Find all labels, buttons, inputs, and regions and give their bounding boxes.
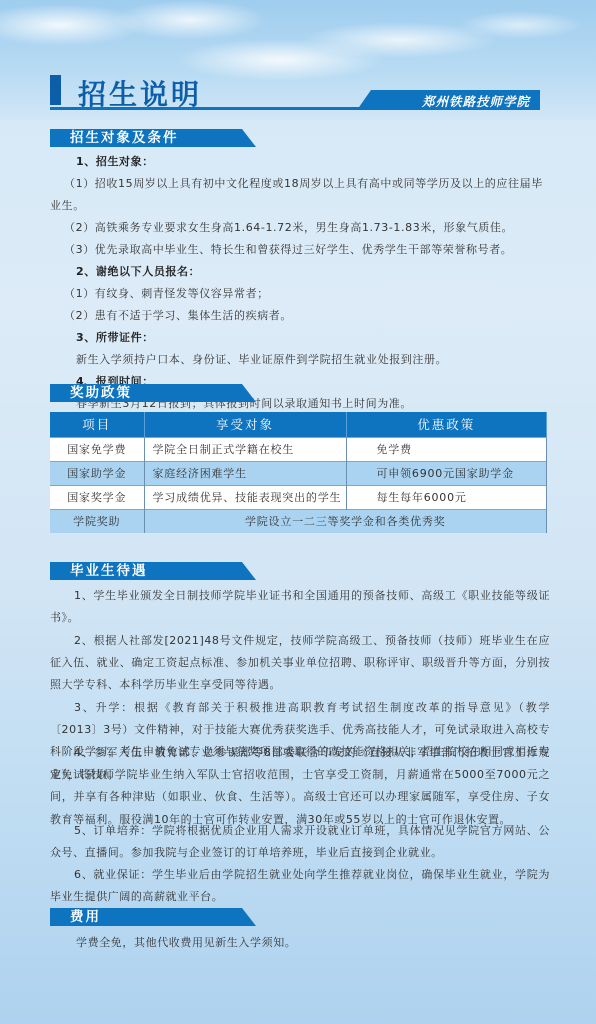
cell-policy: 免学费 [346,437,547,461]
item-line: 业生。 [50,195,85,217]
section-title: 招生对象及条件 [70,129,179,147]
cell-item: 学院奖助 [50,509,144,533]
cell-recipient: 家庭经济困难学生 [144,461,346,485]
admission-brochure-page: 招生说明 郑州铁路技师学院 招生对象及条件 1、招生对象： （1）招收15周岁以… [0,0,596,1024]
cell-recipient-policy: 学院设立一二三等奖学金和各类优秀奖 [144,509,547,533]
item-title: 3、所带证件： [76,327,154,349]
table-header-row: 项目 享受对象 优惠政策 [50,412,547,437]
section-title: 奖助政策 [70,384,132,402]
item-line: 新生入学须持户口本、身份证、毕业证原件到学院招生就业处报到注册。 [76,349,447,371]
cell-policy: 每生每年6000元 [346,485,547,509]
graduate-paragraph: 1、学生毕业颁发全日制技师学院毕业证书和全国通用的预备技师、高级工《职业技能等级… [50,585,550,629]
title-accent-bar [50,75,61,105]
item-line: （1）有纹身、刺青怪发等仪容异常者； [64,283,269,305]
graduate-paragraph: 2、根据人社部发[2021]48号文件规定，技师学院高级工、预备技师（技师）班毕… [50,630,550,697]
graduate-paragraph: 5、订单培养：学院将根据优质企业用人需求开设就业订单班，具体情况见学院官方网站、… [50,820,550,864]
college-name: 郑州铁路技师学院 [422,92,530,110]
college-name-tag: 郑州铁路技师学院 [357,90,540,110]
graduate-paragraph: 4、参军入伍：教育部、总参谋部等8部委联合印发的《直接从非军事部门招收士官工作规… [50,742,550,831]
cell-recipient: 学院全日制正式学籍在校生 [144,437,346,461]
section-title: 费用 [70,908,101,926]
item-line: （2）患有不适于学习、集体生活的疾病者。 [64,305,292,327]
section-header-graduate: 毕业生待遇 [50,562,256,580]
column-header-recipient: 享受对象 [144,412,346,437]
fees-text: 学费全免，其他代收费用见新生入学须知。 [76,932,296,954]
cell-item: 国家助学金 [50,461,144,485]
scholarship-table: 项目 享受对象 优惠政策 国家免学费 学院全日制正式学籍在校生 免学费 国家助学… [50,412,547,533]
section-header-fees: 费用 [50,908,256,926]
item-title: 1、招生对象： [76,151,154,173]
item-line: （3）优先录取高中毕业生、特长生和曾获得过三好学生、优秀学生干部等荣誉称号者。 [64,239,512,261]
table-row: 学院奖助 学院设立一二三等奖学金和各类优秀奖 [50,509,547,533]
section-header-admission: 招生对象及条件 [50,129,256,147]
section-title: 毕业生待遇 [70,562,148,580]
table-row: 国家助学金 家庭经济困难学生 可申领6900元国家助学金 [50,461,547,485]
item-title: 2、谢绝以下人员报名： [76,261,200,283]
cell-item: 国家奖学金 [50,485,144,509]
section-header-scholarship: 奖助政策 [50,384,256,402]
item-line: （1）招收15周岁以上具有初中文化程度或18周岁以上具有高中或同等学历及以上的应… [64,173,543,195]
graduate-paragraph: 6、就业保证：学生毕业后由学院招生就业处向学生推荐就业岗位，确保毕业生就业，学院… [50,864,550,908]
cell-item: 国家免学费 [50,437,144,461]
cell-policy: 可申领6900元国家助学金 [346,461,547,485]
column-header-policy: 优惠政策 [346,412,547,437]
table-row: 国家免学费 学院全日制正式学籍在校生 免学费 [50,437,547,461]
table-row: 国家奖学金 学习成绩优异、技能表现突出的学生 每生每年6000元 [50,485,547,509]
cell-recipient: 学习成绩优异、技能表现突出的学生 [144,485,346,509]
item-line: （2）高铁乘务专业要求女生身高1.64-1.72米，男生身高1.73-1.83米… [64,217,513,239]
column-header-item: 项目 [50,412,144,437]
